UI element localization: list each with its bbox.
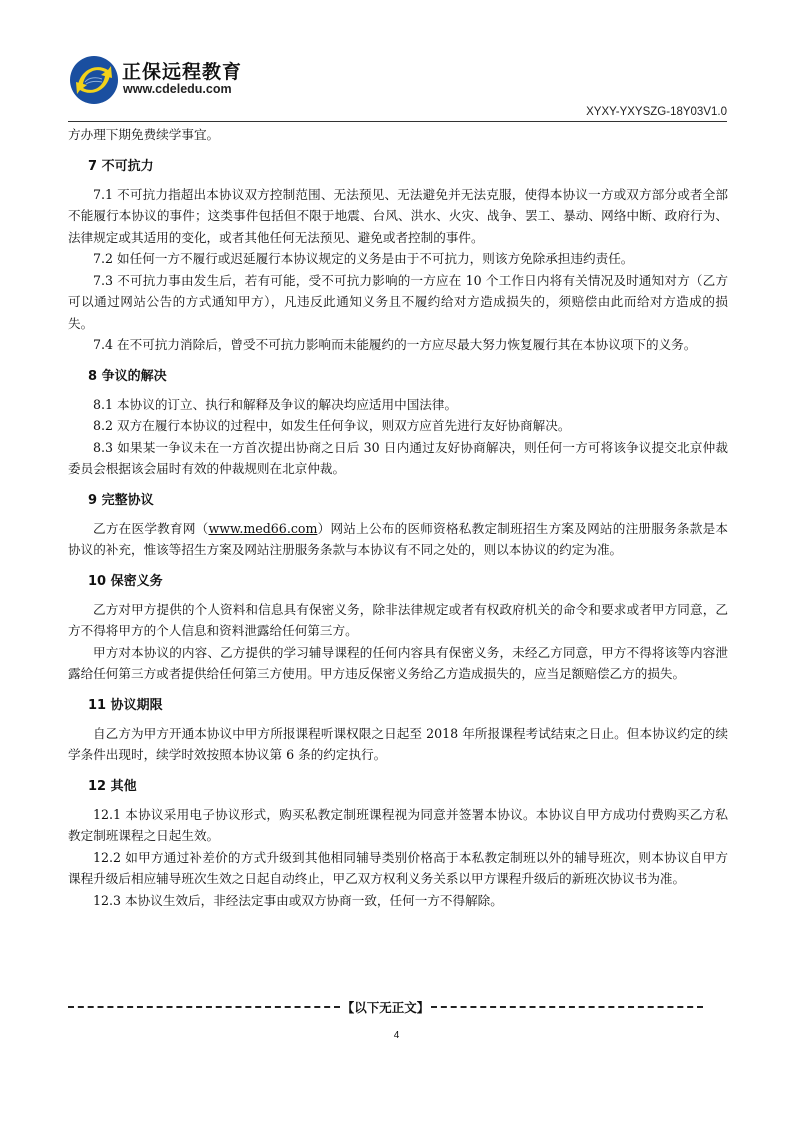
clause-8-1: 8.1 本协议的订立、执行和解释及争议的解决均应适用中国法律。 [68,394,728,416]
clause-8-3: 8.3 如果某一争议未在一方首次提出协商之日后 30 日内通过友好协商解决，则任… [68,437,728,480]
clause-10-a: 乙方对甲方提供的个人资料和信息具有保密义务，除非法律规定或者有权政府机关的命令和… [68,599,728,642]
clause-9-prefix: 乙方在医学教育网（ [93,521,208,536]
end-of-text-marker: 【以下无正文】 [340,998,432,1016]
clause-7-2: 7.2 如任何一方不履行或迟延履行本协议规定的义务是由于不可抗力，则该方免除承担… [68,248,728,270]
clause-12-1: 12.1 本协议采用电子协议形式，购买私教定制班课程视为同意并签署本协议。本协议… [68,804,728,847]
document-body: 方办理下期免费续学事宜。 7 不可抗力 7.1 不可抗力指超出本协议双方控制范围… [68,124,728,911]
clause-7-4: 7.4 在不可抗力消除后，曾受不可抗力影响而未能履约的一方应尽最大努力恢复履行其… [68,334,728,356]
clause-12-3: 12.3 本协议生效后，非经法定事由或双方协商一致，任何一方不得解除。 [68,890,728,912]
section-title-confidentiality: 10 保密义务 [88,571,728,592]
clause-11: 自乙方为甲方开通本协议中甲方所报课程听课权限之日起至 2018 年所报课程考试结… [68,723,728,766]
clause-12-2: 12.2 如甲方通过补差价的方式升级到其他相同辅导类别价格高于本私教定制班以外的… [68,847,728,890]
clause-7-3: 7.3 不可抗力事由发生后，若有可能，受不可抗力影响的一方应在 10 个工作日内… [68,270,728,335]
separator-line-left [68,1006,340,1008]
page-header: 正保远程教育 www.cdeledu.com XYXY-YXYSZG-18Y03… [0,0,793,130]
separator-line-right [431,1006,703,1008]
brand-url: www.cdeledu.com [123,82,232,96]
section-title-entire-agreement: 9 完整协议 [88,490,728,511]
clause-10-b: 甲方对本协议的内容、乙方提供的学习辅导课程的任何内容具有保密义务，未经乙方同意，… [68,642,728,685]
end-of-text-separator: 【以下无正文】 [68,996,703,1018]
document-code: XYXY-YXYSZG-18Y03V1.0 [586,106,727,118]
clause-9: 乙方在医学教育网（www.med66.com）网站上公布的医师资格私教定制班招生… [68,518,728,561]
page-number: 4 [0,1030,793,1041]
brand-name: 正保远程教育 [122,57,242,84]
med66-link[interactable]: www.med66.com [208,521,317,536]
clause-8-2: 8.2 双方在履行本协议的过程中，如发生任何争议，则双方应首先进行友好协商解决。 [68,415,728,437]
section-title-dispute-resolution: 8 争议的解决 [88,366,728,387]
section-title-term: 11 协议期限 [88,695,728,716]
zhengbao-logo-icon [69,55,119,105]
header-divider [68,121,727,122]
section-title-force-majeure: 7 不可抗力 [88,156,728,177]
clause-7-1: 7.1 不可抗力指超出本协议双方控制范围、无法预见、无法避免并无法克服，使得本协… [68,184,728,249]
section-title-miscellaneous: 12 其他 [88,776,728,797]
continuation-text: 方办理下期免费续学事宜。 [68,124,728,146]
